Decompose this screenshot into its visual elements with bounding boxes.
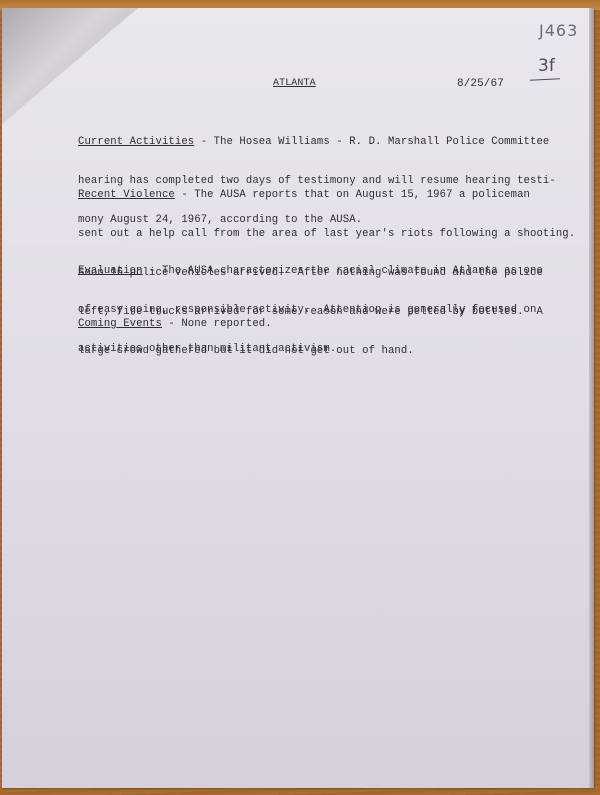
section-coming-events: Coming Events - None reported. xyxy=(78,292,272,357)
section-first-line: Evaluation - The AUSA characterizes the … xyxy=(78,265,543,278)
document-date: 8/25/67 xyxy=(457,78,504,91)
handwritten-page-number: 3f xyxy=(538,56,555,76)
section-text: - The AUSA reports that on August 15, 19… xyxy=(175,189,530,201)
section-first-line: Coming Events - None reported. xyxy=(78,318,272,331)
section-heading: Current Activities xyxy=(78,136,194,148)
handwritten-document-id: J463 xyxy=(539,21,578,40)
document-page: J463 3f ATLANTA 8/25/67 Current Activiti… xyxy=(2,8,594,788)
section-text: - The Hosea Williams - R. D. Marshall Po… xyxy=(194,136,549,148)
section-first-line: Current Activities - The Hosea Williams … xyxy=(78,136,556,149)
section-first-line: Recent Violence - The AUSA reports that … xyxy=(78,189,575,202)
document-title: ATLANTA xyxy=(273,77,316,90)
page-edge xyxy=(589,8,594,788)
section-text: - None reported. xyxy=(162,318,272,330)
handwritten-underline xyxy=(530,78,560,81)
section-heading: Evaluation xyxy=(78,265,143,277)
section-heading: Recent Violence xyxy=(78,189,175,201)
section-text: - The AUSA characterizes the racial clim… xyxy=(143,265,543,277)
section-heading: Coming Events xyxy=(78,318,162,330)
